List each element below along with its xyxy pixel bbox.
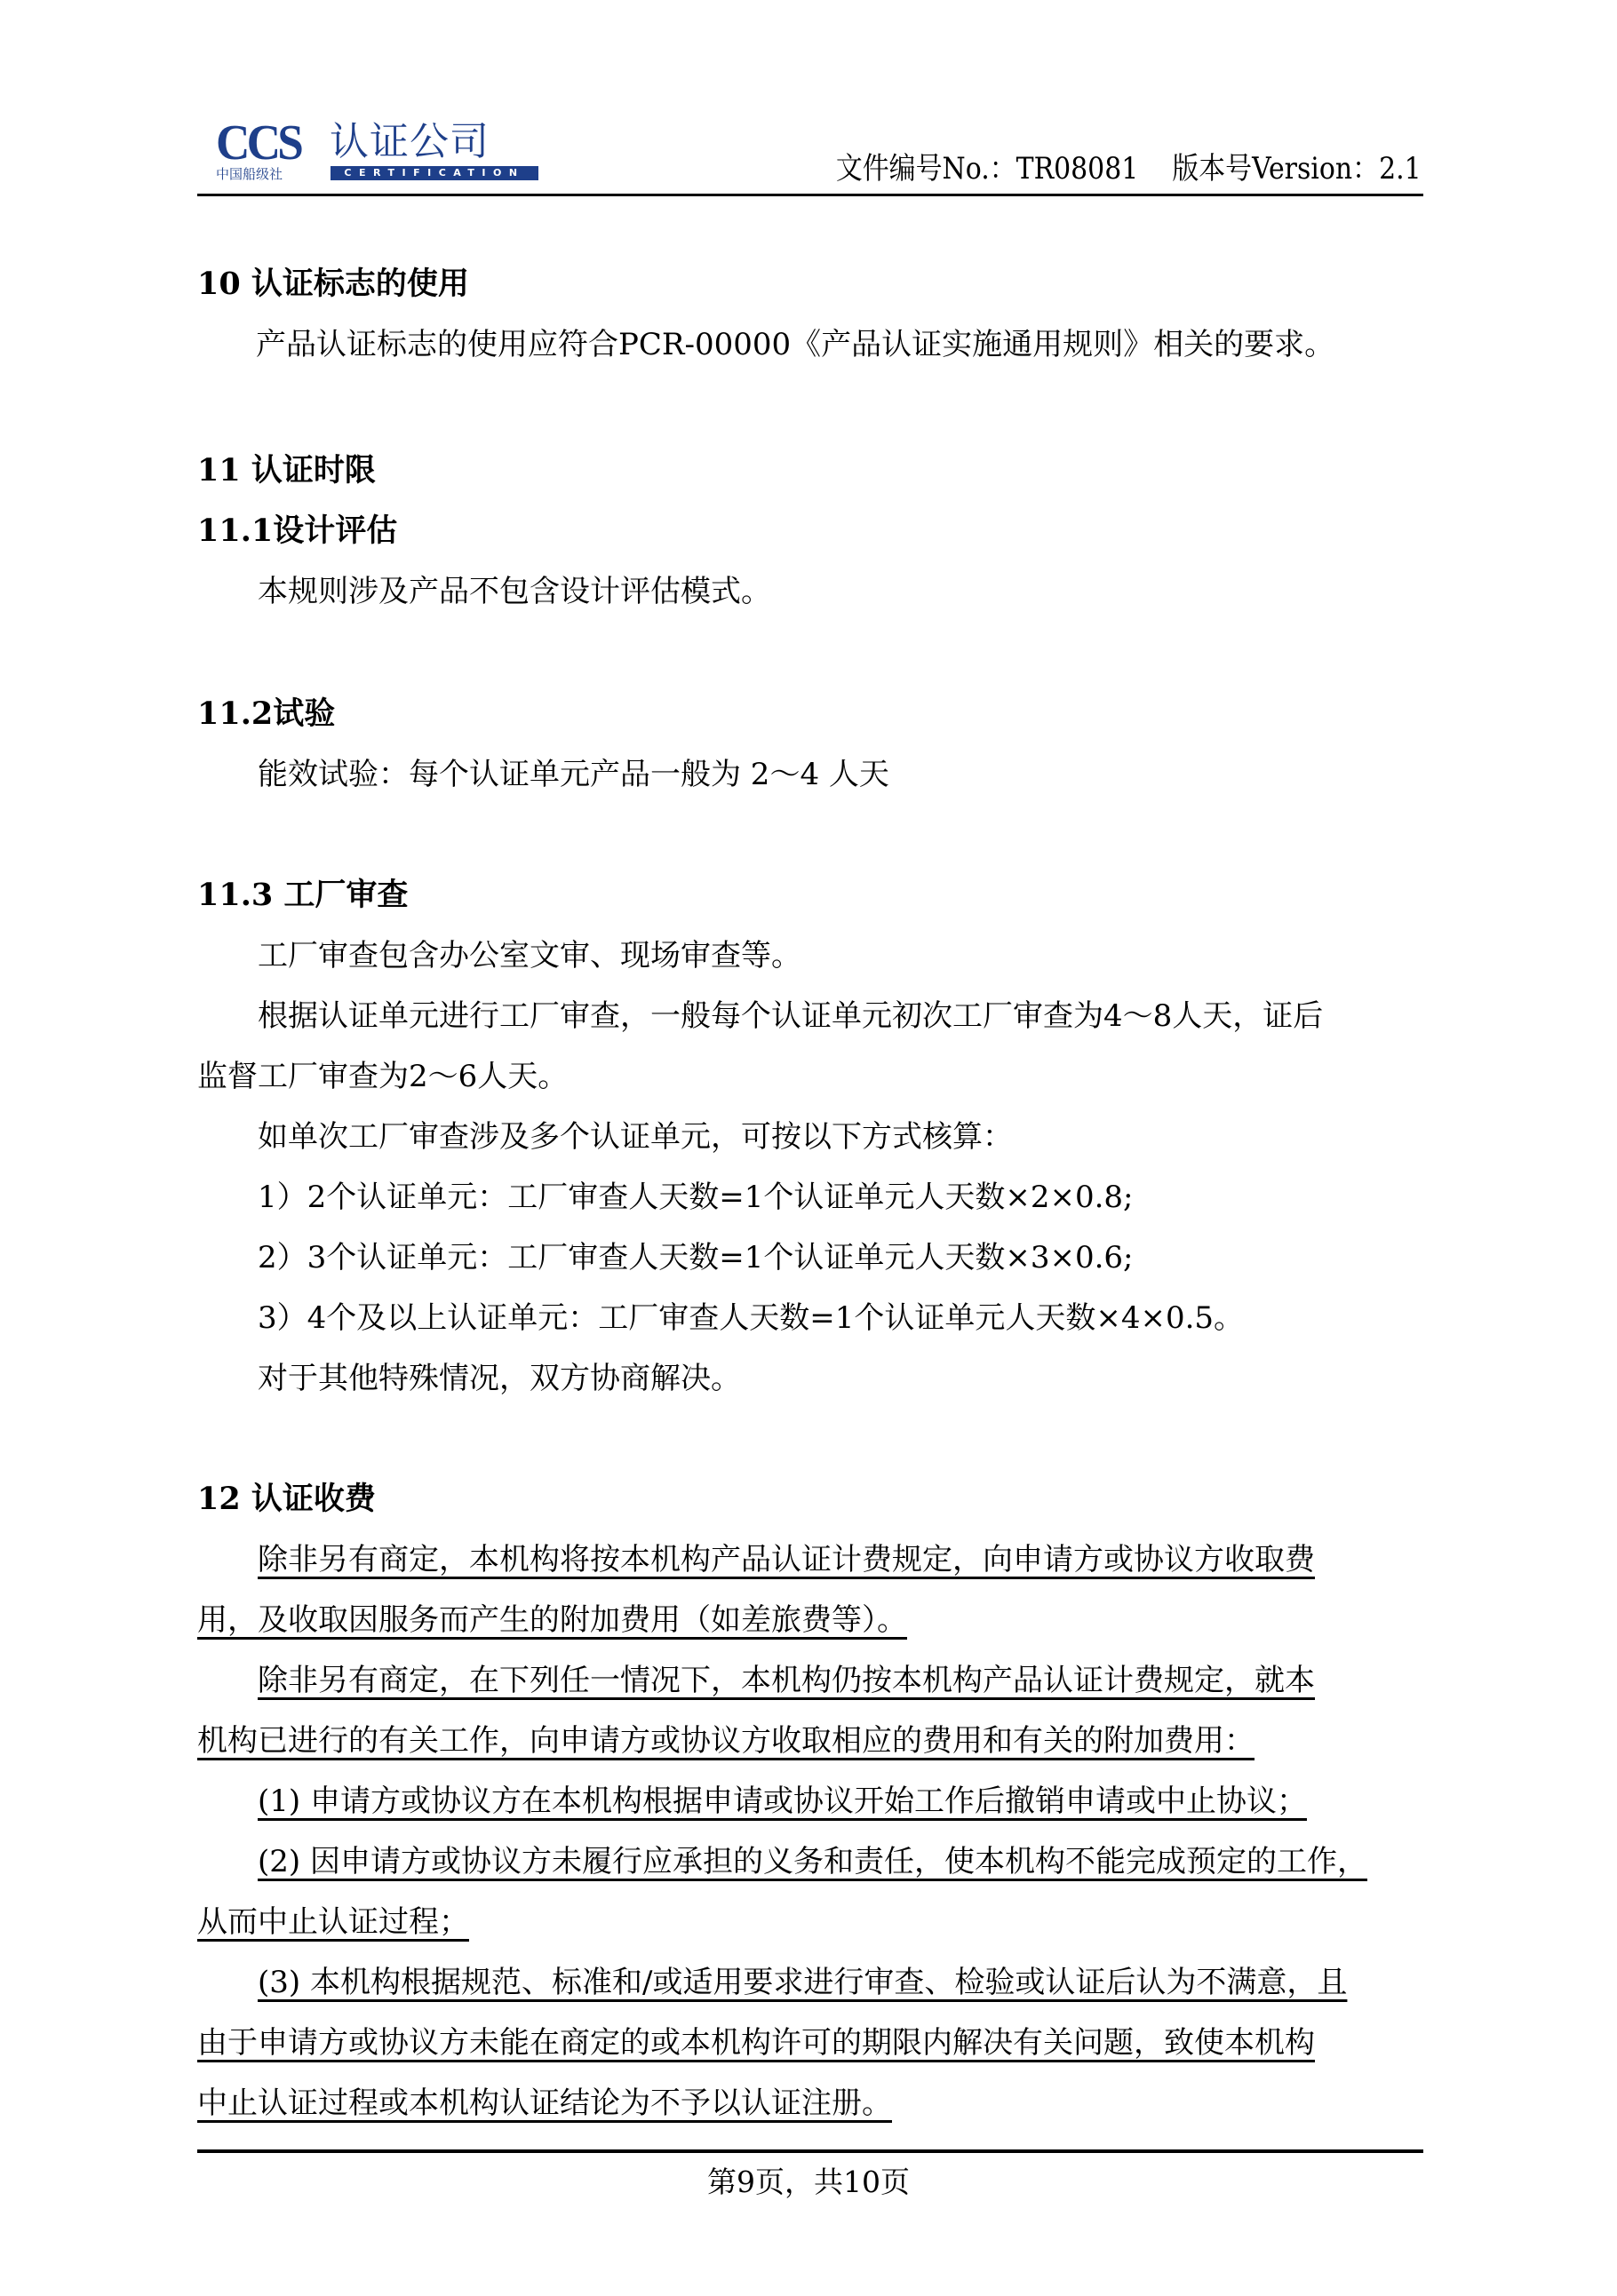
section-12-paragraph-1-line-1: 除非另有商定，本机构将按本机构产品认证计费规定，向申请方或协议方收取费 bbox=[258, 1542, 1315, 1577]
section-11-3-paragraph-3: 如单次工厂审查涉及多个认证单元，可按以下方式核算： bbox=[258, 1119, 1013, 1155]
section-11-3-paragraph-1: 工厂审查包含办公室文审、现场审查等。 bbox=[258, 938, 801, 973]
list-item: 1）2个认证单元：工厂审查人天数=1个认证单元人天数×2×0.8; bbox=[258, 1180, 1134, 1215]
section-12-clause-3-line-2: 由于申请方或协议方未能在商定的或本机构许可的期限内解决有关问题，致使本机构 bbox=[197, 2025, 1315, 2061]
footer-divider bbox=[197, 2149, 1423, 2153]
logo-name-cn: 认证公司 bbox=[330, 120, 490, 164]
logo-certification-bar: CERTIFICATION bbox=[331, 166, 538, 180]
logo-mark: CCS bbox=[216, 118, 300, 168]
document-page: CCS 认证公司 中国船级社 CERTIFICATION 文件编号No.：TR0… bbox=[0, 0, 1617, 2296]
section-11-3-paragraph-2-line-1: 根据认证单元进行工厂审查，一般每个认证单元初次工厂审查为4～8人天，证后 bbox=[258, 998, 1323, 1034]
section-11-2-paragraph: 能效试验：每个认证单元产品一般为 2～4 人天 bbox=[258, 757, 889, 792]
section-10-heading: 10 认证标志的使用 bbox=[197, 266, 469, 302]
ccs-certification-logo: CCS 认证公司 中国船级社 CERTIFICATION bbox=[216, 118, 546, 180]
section-11-2-heading: 11.2试验 bbox=[197, 696, 335, 732]
section-12-paragraph-2-line-1: 除非另有商定，在下列任一情况下，本机构仍按本机构产品认证计费规定，就本 bbox=[258, 1663, 1315, 1698]
section-12-heading: 12 认证收费 bbox=[197, 1482, 376, 1517]
document-number-version: 文件编号No.：TR08081 版本号Version：2.1 bbox=[836, 151, 1422, 187]
section-10-paragraph: 产品认证标志的使用应符合PCR-00000《产品认证实施通用规则》相关的要求。 bbox=[256, 327, 1334, 362]
section-11-3-paragraph-4: 对于其他特殊情况，双方协商解决。 bbox=[258, 1361, 741, 1396]
section-11-3-heading: 11.3 工厂审查 bbox=[197, 878, 408, 913]
list-item: 3）4个及以上认证单元：工厂审查人天数=1个认证单元人天数×4×0.5。 bbox=[258, 1300, 1244, 1336]
section-12-clause-3-line-1: (3) 本机构根据规范、标准和/或适用要求进行审查、检验或认证后认为不满意，且 bbox=[258, 1965, 1347, 2000]
section-11-3-paragraph-2-line-2: 监督工厂审查为2～6人天。 bbox=[197, 1059, 568, 1094]
section-12-clause-2-line-2: 从而中止认证过程； bbox=[197, 1904, 469, 1940]
section-12-clause-1: (1) 申请方或协议方在本机构根据申请或协议开始工作后撤销申请或中止协议； bbox=[258, 1784, 1307, 1819]
section-11-1-paragraph: 本规则涉及产品不包含设计评估模式。 bbox=[258, 574, 771, 609]
section-11-heading: 11 认证时限 bbox=[197, 453, 376, 489]
section-12-clause-2-line-1: (2) 因申请方或协议方未履行应承担的义务和责任，使本机构不能完成预定的工作， bbox=[258, 1844, 1367, 1879]
logo-subtitle-cn: 中国船级社 bbox=[216, 167, 283, 181]
section-12-paragraph-2-line-2: 机构已进行的有关工作，向申请方或协议方收取相应的费用和有关的附加费用： bbox=[197, 1723, 1255, 1759]
section-12-paragraph-1-line-2: 用，及收取因服务而产生的附加费用（如差旅费等）。 bbox=[197, 1602, 907, 1638]
section-11-1-heading: 11.1设计评估 bbox=[197, 513, 397, 549]
header-divider bbox=[197, 194, 1423, 196]
section-12-clause-3-line-3: 中止认证过程或本机构认证结论为不予以认证注册。 bbox=[197, 2085, 892, 2121]
page-number: 第9页，共10页 bbox=[0, 2165, 1617, 2200]
list-item: 2）3个认证单元：工厂审查人天数=1个认证单元人天数×3×0.6; bbox=[258, 1240, 1134, 1275]
